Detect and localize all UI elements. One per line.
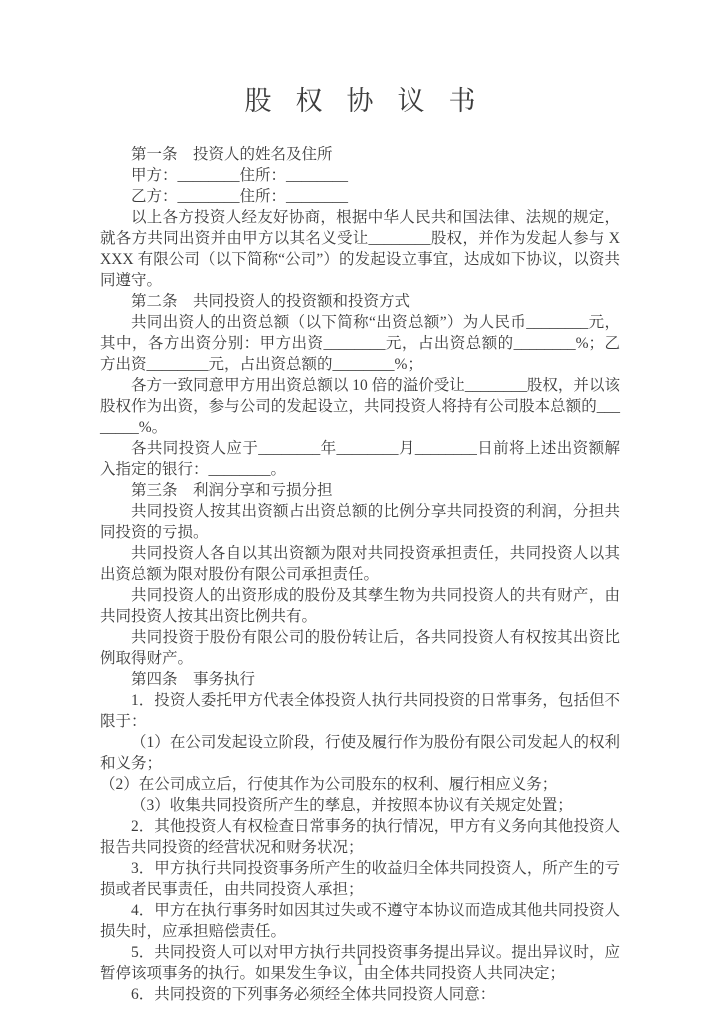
paragraph: 第四条 事务执行 bbox=[100, 669, 620, 690]
paragraph: 第一条 投资人的姓名及住所 bbox=[100, 144, 620, 165]
paragraph: （2）在公司成立后，行使其作为公司股东的权利、履行相应义务； bbox=[100, 774, 620, 795]
page-number: 1 bbox=[0, 953, 720, 969]
paragraph: 各方一致同意甲方用出资总额以 10 倍的溢价受让________股权，并以该股权… bbox=[100, 375, 620, 438]
document-page: 股权协议书 第一条 投资人的姓名及住所甲方：________住所：_______… bbox=[0, 0, 720, 1017]
paragraph: 共同出资人的出资总额（以下简称“出资总额”）为人民币________元，其中，各… bbox=[100, 312, 620, 375]
paragraph: 共同投资人的出资形成的股份及其孳生物为共同投资人的共有财产，由共同投资人按其出资… bbox=[100, 585, 620, 627]
paragraph: 第三条 利润分享和亏损分担 bbox=[100, 480, 620, 501]
paragraph: 第二条 共同投资人的投资额和投资方式 bbox=[100, 291, 620, 312]
paragraph: 1．投资人委托甲方代表全体投资人执行共同投资的日常事务，包括但不限于： bbox=[100, 690, 620, 732]
paragraph: 共同投资人各自以其出资额为限对共同投资承担责任，共同投资人以其出资总额为限对股份… bbox=[100, 543, 620, 585]
document-body: 第一条 投资人的姓名及住所甲方：________住所：________乙方：__… bbox=[100, 144, 620, 1005]
document-title: 股权协议书 bbox=[100, 84, 620, 118]
paragraph: （3）收集共同投资所产生的孳息，并按照本协议有关规定处置； bbox=[100, 795, 620, 816]
paragraph: 4．甲方在执行事务时如因其过失或不遵守本协议而造成其他共同投资人损失时，应承担赔… bbox=[100, 900, 620, 942]
paragraph: 6．共同投资的下列事务必须经全体共同投资人同意： bbox=[100, 984, 620, 1005]
paragraph: 共同投资于股份有限公司的股份转让后，各共同投资人有权按其出资比例取得财产。 bbox=[100, 627, 620, 669]
paragraph: 以上各方投资人经友好协商，根据中华人民共和国法律、法规的规定，就各方共同出资并由… bbox=[100, 207, 620, 291]
paragraph: 2．其他投资人有权检查日常事务的执行情况，甲方有义务向其他投资人报告共同投资的经… bbox=[100, 816, 620, 858]
paragraph: 共同投资人按其出资额占出资总额的比例分享共同投资的利润，分担共同投资的亏损。 bbox=[100, 501, 620, 543]
paragraph: 各共同投资人应于________年________月________日前将上述出… bbox=[100, 438, 620, 480]
paragraph: 乙方：________住所：________ bbox=[100, 186, 620, 207]
paragraph: （1）在公司发起设立阶段，行使及履行作为股份有限公司发起人的权利和义务； bbox=[100, 732, 620, 774]
paragraph: 甲方：________住所：________ bbox=[100, 165, 620, 186]
paragraph: 3．甲方执行共同投资事务所产生的收益归全体共同投资人，所产生的亏损或者民事责任，… bbox=[100, 858, 620, 900]
